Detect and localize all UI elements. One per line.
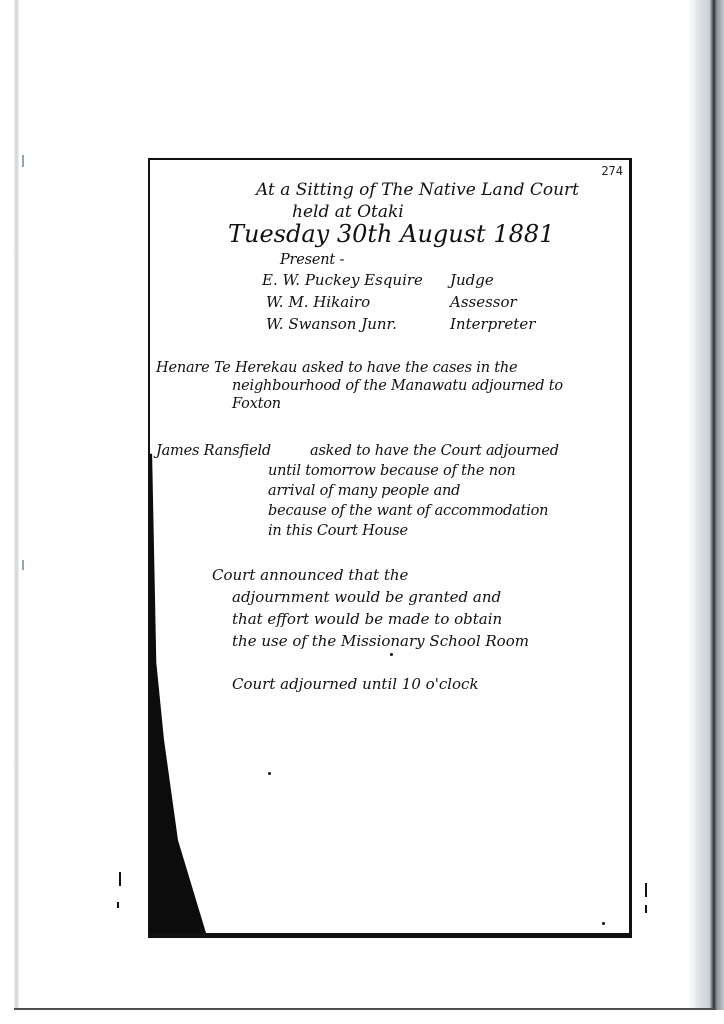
ink-speck	[268, 772, 271, 775]
entry-line: arrival of many people and	[268, 483, 460, 499]
ink-speck	[602, 922, 605, 925]
present-role: Assessor	[450, 293, 517, 311]
entry-line: asked to have the Court adjourned	[310, 443, 559, 459]
entry-line: until tomorrow because of the non	[268, 463, 516, 479]
closing-line: Court adjourned until 10 o'clock	[232, 675, 479, 693]
margin-mark	[117, 902, 119, 908]
court-statement-line: that effort would be made to obtain	[232, 610, 502, 628]
entry-speaker: James Ransfield	[156, 443, 271, 459]
document-page: 274 At a Sitting of The Native Land Cour…	[148, 158, 632, 938]
entry-speaker: Henare Te Herekau	[156, 360, 297, 376]
entry-line: in this Court House	[268, 523, 408, 539]
book-binding	[688, 0, 724, 1010]
margin-mark	[119, 872, 121, 886]
present-name: W. Swanson Junr.	[266, 315, 397, 333]
scan-mark	[22, 155, 24, 167]
page-number: 274	[601, 164, 623, 178]
present-role: Interpreter	[450, 315, 535, 333]
scan-shadow	[150, 160, 220, 933]
entry-line: asked to have the cases in the	[302, 360, 517, 376]
court-statement-line: the use of the Missionary School Room	[232, 632, 529, 650]
scan-left-edge	[14, 0, 19, 1010]
entry-line: because of the want of accommodation	[268, 503, 548, 519]
court-statement-line: Court announced that the	[212, 566, 408, 584]
present-label: Present -	[280, 252, 344, 268]
scan-bottom-rule	[14, 1008, 714, 1010]
court-statement-line: adjournment would be granted and	[232, 588, 501, 606]
present-name: E. W. Puckey Esquire	[262, 271, 423, 289]
entry-line: neighbourhood of the Manawatu adjourned …	[232, 378, 563, 394]
ink-speck	[390, 653, 393, 656]
heading-date: Tuesday 30th August 1881	[228, 220, 554, 248]
margin-mark	[645, 905, 647, 913]
margin-mark	[645, 883, 647, 897]
heading-location: held at Otaki	[292, 202, 404, 222]
entry-line: Foxton	[232, 396, 281, 412]
present-name: W. M. Hikairo	[266, 293, 370, 311]
scan-mark	[22, 560, 24, 570]
heading-title: At a Sitting of The Native Land Court	[256, 180, 579, 200]
present-role: Judge	[450, 271, 494, 289]
